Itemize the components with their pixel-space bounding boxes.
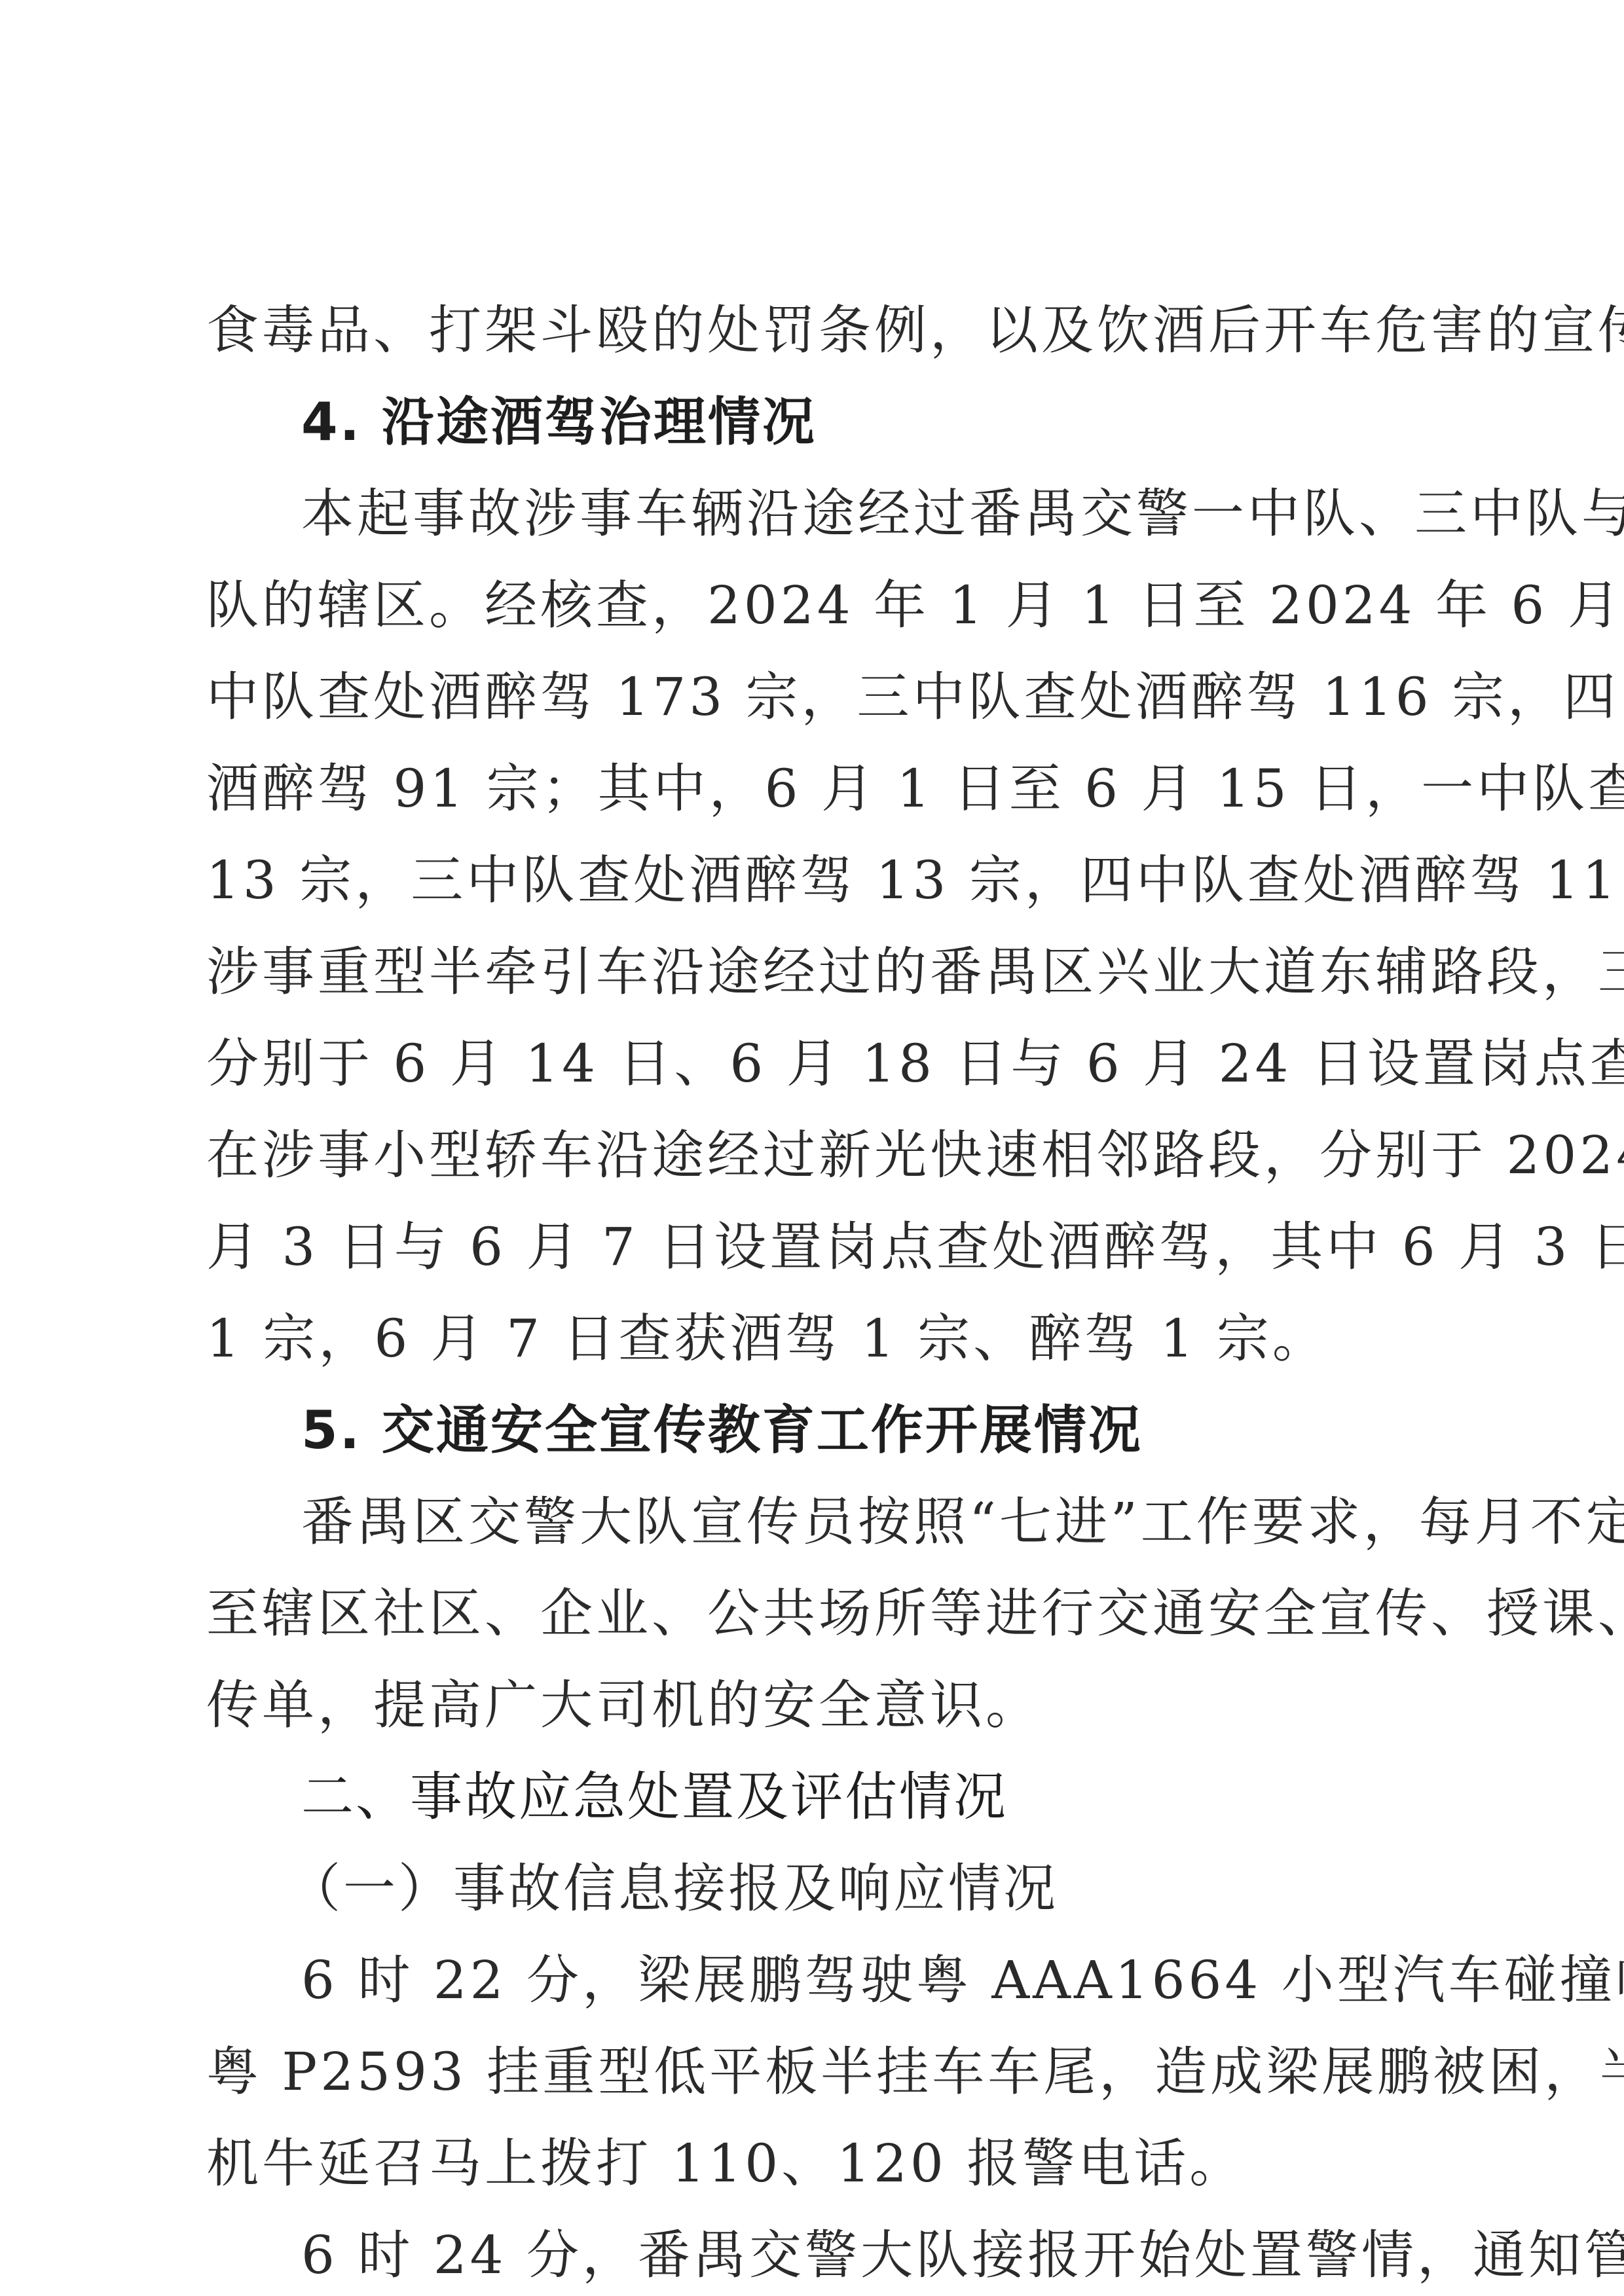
paragraph-line: 队的辖区。经核查，2024 年 1 月 1 日至 2024 年 6 月 30 日… — [206, 566, 1434, 645]
paragraph-line: 6 时 22 分，梁展鹏驾驶粤 AAA1664 小型汽车碰撞临时停放 — [301, 1941, 1434, 2020]
subsection-heading-incident-report: （一）事故信息接报及响应情况 — [288, 1850, 1421, 1928]
paragraph-line: 机牛延召马上拨打 110、120 报警电话。 — [206, 2124, 1434, 2203]
paragraph-line: 酒醉驾 91 宗；其中，6 月 1 日至 6 月 15 日，一中队查处酒醉驾 — [206, 750, 1434, 828]
section-heading-drunk-driving-control: 4. 沿途酒驾治理情况 — [301, 383, 1434, 462]
paragraph-line: 至辖区社区、企业、公共场所等进行交通安全宣传、授课、派发 — [206, 1575, 1434, 1653]
paragraph-line: 食毒品、打架斗殴的处罚条例，以及饮酒后开车危害的宣传短片。 — [206, 291, 1434, 370]
paragraph-line: 13 宗，三中队查处酒醉驾 13 宗，四中队查处酒醉驾 11 宗。在 — [206, 841, 1434, 920]
paragraph-line: 在涉事小型轿车沿途经过新光快速相邻路段，分别于 2024 年 6 — [206, 1116, 1434, 1195]
paragraph-line: 涉事重型半牵引车沿途经过的番禺区兴业大道东辅路段，三中队 — [206, 933, 1434, 1011]
paragraph-line: 传单，提高广大司机的安全意识。 — [206, 1666, 1434, 1745]
chapter-heading-emergency-response: 二、事故应急处置及评估情况 — [301, 1758, 1434, 1836]
paragraph-line: 1 宗，6 月 7 日查获酒驾 1 宗、醉驾 1 宗。 — [206, 1300, 1434, 1378]
paragraph-line: 月 3 日与 6 月 7 日设置岗点查处酒醉驾，其中 6 月 3 日查获醉驾 — [206, 1208, 1434, 1286]
paragraph-line: 本起事故涉事车辆沿途经过番禺交警一中队、三中队与四中 — [301, 475, 1434, 553]
paragraph-line: 分别于 6 月 14 日、6 月 18 日与 6 月 24 日设置岗点查处酒醉驾… — [206, 1025, 1434, 1103]
paragraph-line: 粤 P2593 挂重型低平板半挂车车尾，造成梁展鹏被困，半挂车司 — [206, 2033, 1434, 2111]
paragraph-line: 中队查处酒醉驾 173 宗，三中队查处酒醉驾 116 宗，四中队查处 — [206, 658, 1434, 737]
document-page: 食毒品、打架斗殴的处罚条例，以及饮酒后开车危害的宣传短片。 4. 沿途酒驾治理情… — [0, 0, 1624, 2296]
paragraph-line: 番禺区交警大队宣传员按照“七进”工作要求，每月不定期 — [301, 1483, 1434, 1561]
paragraph-line: 6 时 24 分，番禺交警大队接报开始处置警情，通知管辖的 — [301, 2216, 1434, 2295]
section-heading-safety-education: 5. 交通安全宣传教育工作开展情况 — [301, 1391, 1434, 1470]
